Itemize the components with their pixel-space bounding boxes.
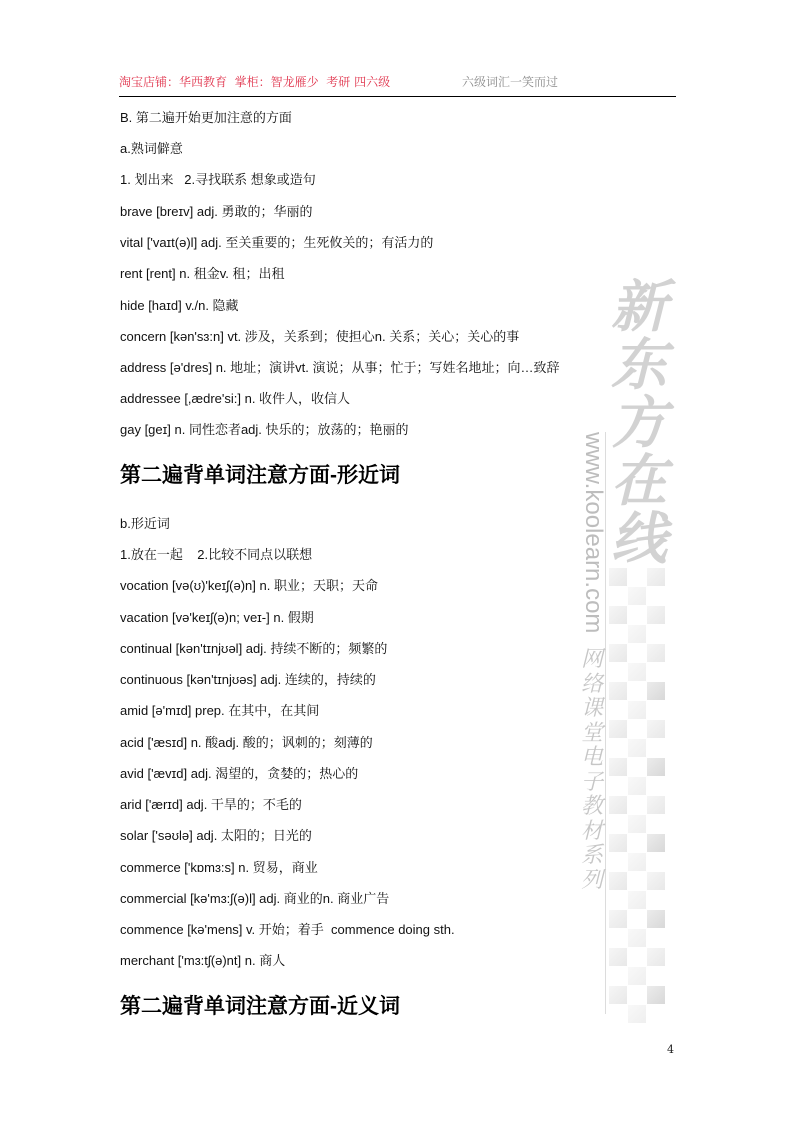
vocab-entry: continuous [kən'tɪnjʊəs] adj. 连续的，持续的: [120, 672, 376, 688]
vocab-entry: commercial [kə'mɜ:ʃ(ə)l] adj. 商业的n. 商业广告: [120, 891, 389, 907]
document-page: 淘宝店铺：华西教育 掌柜：智龙雁少 考研 四六级 六级词汇一笑而过: [0, 0, 793, 1122]
vocab-entry: rent [rent] n. 租金v. 租；出租: [120, 266, 284, 282]
watermark-series: 网 络 课 堂 电 子 教 材 系 列: [580, 648, 604, 893]
watermark-brand: 新 东 方 在 线: [608, 278, 670, 568]
watermark-url: www.koolearn.com: [578, 432, 608, 632]
vocab-entry: vocation [və(ʊ)'keɪʃ(ə)n] n. 职业；天职；天命: [120, 578, 378, 594]
vocab-entry: commence [kə'mens] v. 开始；着手 commence doi…: [120, 922, 455, 938]
subsection-label: b.形近词: [120, 516, 170, 532]
vocab-entry: continual [kən'tɪnjʊəl] adj. 持续不断的；频繁的: [120, 641, 387, 657]
vocab-entry: solar ['səʊlə] adj. 太阳的；日光的: [120, 828, 312, 844]
subsection-label: a.熟词僻意: [120, 141, 183, 157]
header-divider: [119, 96, 676, 97]
vocab-entry: commerce ['kɒmɜ:s] n. 贸易，商业: [120, 860, 318, 876]
vocab-entry: avid ['ævɪd] adj. 渴望的，贪婪的；热心的: [120, 766, 358, 782]
method-text: 1. 划出来 2.寻找联系 想象或造句: [120, 172, 316, 188]
vocab-entry: address [ə'dres] n. 地址；演讲vt. 演说；从事；忙于；写姓…: [120, 360, 560, 376]
watermark-checker-pattern: [609, 568, 669, 1018]
vocab-entry: vacation [və'keɪʃ(ə)n; veɪ-] n. 假期: [120, 610, 314, 626]
vocab-entry: merchant ['mɜ:tʃ(ə)nt] n. 商人: [120, 953, 285, 969]
vocab-entry: vital ['vaɪt(ə)l] adj. 至关重要的；生死攸关的；有活力的: [120, 235, 433, 251]
vocab-entry: brave [breɪv] adj. 勇敢的；华丽的: [120, 204, 312, 220]
method-text: 1.放在一起 2.比较不同点以联想: [120, 547, 312, 563]
vocab-entry: concern [kən'sɜ:n] vt. 涉及，关系到；使担心n. 关系；关…: [120, 329, 519, 345]
header-book-title: 六级词汇一笑而过: [462, 74, 558, 90]
section-title: B. 第二遍开始更加注意的方面: [120, 110, 292, 126]
heading-similar-form: 第二遍背单词注意方面-形近词: [120, 463, 400, 489]
header-shop-info: 淘宝店铺：华西教育 掌柜：智龙雁少 考研 四六级: [119, 74, 390, 90]
vocab-entry: acid ['æsɪd] n. 酸adj. 酸的；讽刺的；刻薄的: [120, 735, 373, 751]
vocab-entry: amid [ə'mɪd] prep. 在其中，在其间: [120, 703, 319, 719]
vocab-entry: hide [haɪd] v./n. 隐藏: [120, 298, 239, 314]
vocab-entry: gay [geɪ] n. 同性恋者adj. 快乐的；放荡的；艳丽的: [120, 422, 409, 438]
vocab-entry: addressee [,ædre'si:] n. 收件人，收信人: [120, 391, 350, 407]
vocab-entry: arid ['ærɪd] adj. 干旱的；不毛的: [120, 797, 302, 813]
heading-synonyms: 第二遍背单词注意方面-近义词: [120, 994, 400, 1020]
page-number: 4: [667, 1043, 674, 1056]
page-header: 淘宝店铺：华西教育 掌柜：智龙雁少 考研 四六级 六级词汇一笑而过: [119, 74, 675, 94]
